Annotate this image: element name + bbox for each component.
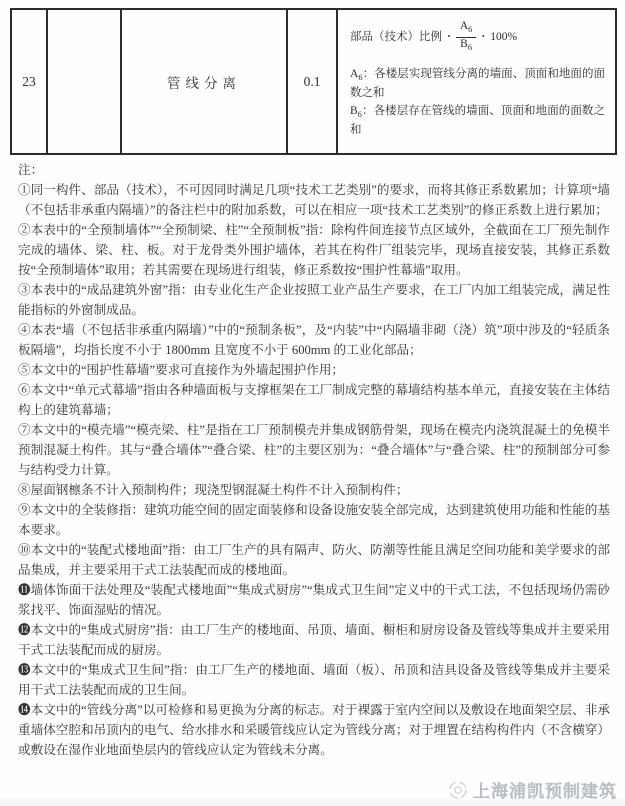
watermark-text: 上海浦凯预制建筑 [473, 777, 617, 802]
note-item-14: ⓮本文中的“管线分离”以可检修和易更换为分离的标志。对于裸露于室内空间以及敷设在… [18, 700, 610, 760]
table-cell-coefficient: 0.1 [288, 10, 338, 153]
notes-heading: 注： [18, 160, 610, 180]
note-item-9: ⑨本文中的全装修指：建筑功能空间的固定面装修和设备设施安装全部完成，达到建筑使用… [18, 500, 610, 540]
note-item-7: ⑦本文中的“模壳墙”“模壳梁、柱”是指在工厂预制模壳并集成钢筋骨架，现场在模壳内… [18, 420, 610, 480]
formula-suffix: 100% [490, 29, 517, 45]
note-item-8: ⑧屋面钢檩条不计入预制构件；现浇型钢混凝土构件不计入预制构件； [18, 480, 610, 500]
definition-a6: A6：各楼层实现管线分离的墙面、顶面和地面的面数之和 [350, 66, 605, 101]
table-cell-category [48, 10, 122, 153]
note-item-10: ⑩本文中的“装配式楼地面”指：由工厂生产的具有隔声、防火、防潮等性能且满足空间功… [18, 540, 610, 580]
note-item-4: ④本表“墙（不包括非承重内隔墙）”中的“预制条板”，及“内装”中“内隔墙非砌（浇… [18, 320, 610, 360]
formula-line: 部品（技术）比例 · A6 B6 · 100% [350, 20, 517, 54]
puka-logo-icon [448, 780, 468, 800]
formula-denominator: B6 [460, 38, 472, 54]
table-cell-item-name: 管线分离 [122, 10, 288, 153]
notes-section: 注： ①同一构件、部品（技术），不可因同时满足几项“技术工艺类别”的要求，而将其… [18, 160, 610, 760]
score-table-row-23: 23 管线分离 0.1 部品（技术）比例 · A6 B6 · 100% A6：各… [10, 8, 617, 155]
definition-b6: B6：各楼层存在管线的墙面、顶面和地面的面数之和 [350, 103, 605, 138]
watermark: 上海浦凯预制建筑 [448, 777, 617, 802]
formula-numerator: A6 [456, 20, 477, 38]
note-item-11: ⓫墙体饰面干法处理及“装配式楼地面”“集成式厨房”“集成式卫生间”定义中的干式工… [18, 580, 610, 620]
formula-operator-2: · [481, 29, 485, 45]
note-item-1: ①同一构件、部品（技术），不可因同时满足几项“技术工艺类别”的要求，而将其修正系… [18, 180, 610, 220]
note-item-5: ⑤本文中的“围护性幕墙”要求可直接作为外墙起围护作用； [18, 360, 610, 380]
formula-prefix: 部品（技术）比例 [350, 29, 442, 45]
document-page: 23 管线分离 0.1 部品（技术）比例 · A6 B6 · 100% A6：各… [0, 0, 625, 806]
formula-operator-1: · [447, 29, 451, 45]
note-item-6: ⑥本文中“单元式幕墙”指由各种墙面板与支撑框架在工厂制成完整的幕墙结构基本单元，… [18, 380, 610, 420]
formula-fraction: A6 B6 [456, 20, 477, 54]
table-cell-formula: 部品（技术）比例 · A6 B6 · 100% A6：各楼层实现管线分离的墙面、… [338, 10, 615, 153]
note-item-13: ⓭本文中的“集成式卫生间”指：由工厂生产的楼地面、墙面（板）、吊顶和洁具设备及管… [18, 660, 610, 700]
table-cell-row-number: 23 [12, 10, 48, 153]
note-item-3: ③本表中的“成品建筑外窗”指：由专业化生产企业按照工业产品生产要求，在工厂内加工… [18, 280, 610, 320]
note-item-2: ②本表中的“全预制墙体”“全预制梁、柱”“全预制板”指：除构件间连接节点区域外，… [18, 220, 610, 280]
note-item-12: ⓬本文中的“集成式厨房”指：由工厂生产的楼地面、吊顶、墙面、橱柜和厨房设备及管线… [18, 620, 610, 660]
